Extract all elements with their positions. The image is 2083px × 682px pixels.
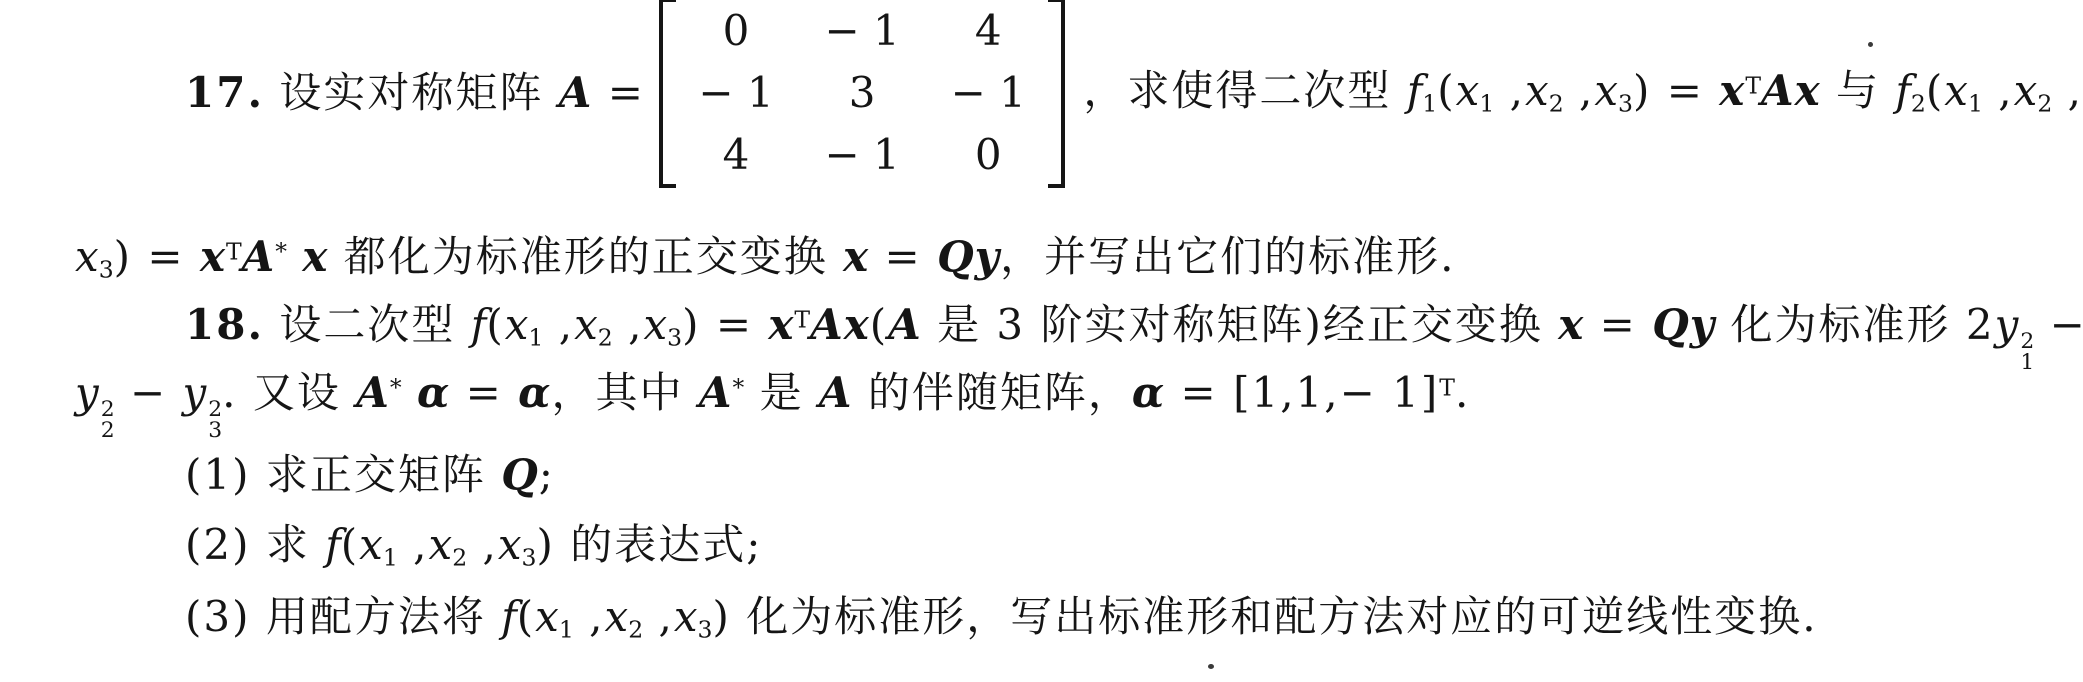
text-run: , [2052, 66, 2083, 115]
text-run: f [501, 592, 517, 641]
text-run: 是 [744, 368, 819, 417]
matrix-left-bracket [659, 0, 676, 188]
text-run: A [699, 368, 733, 417]
text-run: x [1719, 66, 1745, 115]
text-run: A [356, 368, 390, 417]
sup-sub-stack: 23 [208, 400, 222, 442]
text-run: − [2034, 300, 2083, 349]
text-run: T [226, 237, 242, 265]
text-run: 18. [185, 300, 264, 349]
text-run: ，其中 [552, 368, 699, 417]
text-run: x [1525, 66, 1549, 115]
text-run: Q [501, 450, 539, 499]
text-run: x [574, 300, 598, 349]
text-run: x [1558, 300, 1584, 349]
problem-18-line-1: 18. 设二次型 f(x1 ,x2 ,x3) = xTAx(A 是 3 阶实对称… [185, 302, 2083, 374]
text-run: A [559, 68, 593, 117]
text-run: (1) 求正交矩阵 [185, 450, 501, 499]
matrix-cell: 0 [709, 8, 763, 54]
text-run: ) = [682, 300, 768, 349]
matrix-grid: 0 − 1 4 − 1 3 − 1 4 − 1 0 [676, 0, 1048, 188]
text-run: Qy [937, 232, 1000, 281]
text-run: y [1995, 300, 2019, 349]
text-run: ( [517, 592, 535, 641]
sup-sub-stack: 22 [101, 400, 115, 442]
text-run: 2 [598, 324, 613, 352]
problem-17-lead-text: 17. 设实对称矩阵 A = [185, 70, 645, 116]
text-run: = [1,1,− 1] [1165, 368, 1439, 417]
matrix-cell: − 1 [825, 8, 900, 54]
text-run: 与 [1821, 66, 1896, 115]
text-run: , [1564, 66, 1595, 115]
matrix-A: 0 − 1 4 − 1 3 − 1 4 − 1 0 [659, 0, 1065, 188]
text-run: , [543, 300, 574, 349]
text-run: ( [1437, 66, 1455, 115]
text-run: x [1944, 66, 1968, 115]
text-run: f [1407, 66, 1423, 115]
text-run: 1 [1479, 90, 1494, 118]
text-run: ( [486, 300, 504, 349]
matrix-cell: 4 [961, 8, 1015, 54]
text-run: T [794, 305, 810, 333]
text-run: ，并写出它们的标准形. [1000, 232, 1455, 281]
text-run: , [613, 300, 644, 349]
text-run: ) = [1633, 66, 1719, 115]
text-run: 的伴随矩阵， [853, 368, 1132, 417]
scan-speck [1868, 42, 1873, 47]
text-run: ，求使得二次型 [1083, 66, 1406, 115]
text-run: f [325, 520, 341, 569]
text-run: 17. [185, 68, 264, 117]
text-run: 设二次型 [264, 300, 471, 349]
text-run: 设实对称矩阵 [264, 68, 559, 117]
text-run: f [1895, 66, 1911, 115]
text-run: 是 3 阶实对称矩阵)经正交变换 [922, 300, 1559, 349]
text-run: 3 [1618, 90, 1633, 118]
text-run: 3 [667, 324, 682, 352]
matrix-cell: 0 [961, 132, 1015, 178]
text-run: 1 [1422, 90, 1437, 118]
text-run: ) 化为标准形，写出标准形和配方法对应的可逆线性变换. [713, 592, 1818, 641]
text-run: x [2014, 66, 2038, 115]
text-run: − [115, 368, 183, 417]
text-run: ) 的表达式; [537, 520, 763, 569]
text-run: x [674, 592, 698, 641]
text-run: 2 [628, 616, 643, 644]
text-run: ) = [114, 232, 200, 281]
text-run: ( [870, 300, 888, 349]
text-run: = [592, 68, 645, 117]
text-run: A [819, 368, 853, 417]
text-run: = [1584, 300, 1652, 349]
text-run: α [1132, 368, 1165, 417]
text-run: x [643, 300, 667, 349]
text-run: x [843, 232, 869, 281]
text-run: . 又设 [222, 368, 356, 417]
text-run: x [535, 592, 559, 641]
text-run: * [390, 373, 402, 401]
text-run: A [888, 300, 922, 349]
text-run: x [1594, 66, 1618, 115]
text-run: ( [1926, 66, 1944, 115]
text-run: ( [341, 520, 359, 569]
text-run: x [768, 300, 794, 349]
text-run: 1 [528, 324, 543, 352]
text-run: x [605, 592, 629, 641]
text-run: 化为标准形 2 [1715, 300, 1994, 349]
text-run: Ax [1761, 66, 1821, 115]
text-run: (3) 用配方法将 [185, 592, 501, 641]
text-run: 2 [1911, 90, 1926, 118]
problem-17-line-2: x3) = xTA* x 都化为标准形的正交变换 x = Qy，并写出它们的标准… [75, 234, 1455, 283]
text-run: 1 [383, 544, 398, 572]
text-run: f [471, 300, 487, 349]
text-run: T [1745, 72, 1761, 100]
text-run: Qy [1652, 300, 1715, 349]
text-run: T [1439, 373, 1455, 401]
text-run: ; [539, 450, 555, 499]
text-run: 1 [1968, 90, 1983, 118]
problem-18-item-3: (3) 用配方法将 f(x1 ,x2 ,x3) 化为标准形，写出标准形和配方法对… [185, 594, 1818, 643]
text-run: , [467, 520, 498, 569]
text-run: Ax [810, 300, 870, 349]
text-run: y [183, 368, 207, 417]
text-run: , [1494, 66, 1525, 115]
matrix-cell: − 1 [698, 70, 773, 116]
text-run: 都化为标准形的正交变换 [328, 232, 843, 281]
text-run: x [1456, 66, 1480, 115]
matrix-cell: − 1 [951, 70, 1026, 116]
text-run: . [1455, 368, 1470, 417]
text-run: y [75, 368, 99, 417]
text-run: 1 [559, 616, 574, 644]
text-run: = [869, 232, 937, 281]
text-run: x [498, 520, 522, 569]
text-run: x [302, 232, 328, 281]
sup-sub-stack: 21 [2020, 332, 2034, 374]
problem-18-item-1: (1) 求正交矩阵 Q; [185, 452, 555, 498]
text-run: 2 [1549, 90, 1564, 118]
matrix-cell: − 1 [825, 132, 900, 178]
problem-18-line-2: y22 − y23. 又设 A* α = α，其中 A* 是 A 的伴随矩阵，α… [75, 370, 1470, 442]
problem-17-after-matrix-text: ，求使得二次型 f1(x1 ,x2 ,x3) = xTAx 与 f2(x1 ,x… [1083, 68, 2083, 117]
text-run: 3 [522, 544, 537, 572]
text-run: = [450, 368, 518, 417]
text-run: 2 [452, 544, 467, 572]
matrix-cell: 4 [709, 132, 763, 178]
text-run: 3 [99, 256, 114, 284]
text-run: (2) 求 [185, 520, 325, 569]
text-run: , [398, 520, 429, 569]
scan-speck [1208, 664, 1214, 669]
problem-18-item-2: (2) 求 f(x1 ,x2 ,x3) 的表达式; [185, 522, 762, 571]
text-run [402, 368, 417, 417]
scanned-textbook-page: 17. 设实对称矩阵 A = 0 − 1 4 − 1 3 − 1 4 − 1 0… [0, 0, 2083, 682]
text-run: x [359, 520, 383, 569]
text-run: , [1983, 66, 2014, 115]
text-run: x [75, 232, 99, 281]
text-run: , [643, 592, 674, 641]
text-run: x [200, 232, 226, 281]
text-run: x [429, 520, 453, 569]
problem-17-line-1: 17. 设实对称矩阵 A = 0 − 1 4 − 1 3 − 1 4 − 1 0… [185, 8, 2083, 178]
text-run [287, 232, 302, 281]
matrix-right-bracket [1048, 0, 1065, 188]
text-run: x [505, 300, 529, 349]
text-run: A [242, 232, 276, 281]
text-run: 2 [2037, 90, 2052, 118]
text-run: α [518, 368, 551, 417]
text-run: * [732, 373, 744, 401]
text-run: , [574, 592, 605, 641]
text-run: α [417, 368, 450, 417]
text-run: 3 [698, 616, 713, 644]
matrix-cell: 3 [835, 70, 889, 116]
text-run: * [275, 237, 287, 265]
